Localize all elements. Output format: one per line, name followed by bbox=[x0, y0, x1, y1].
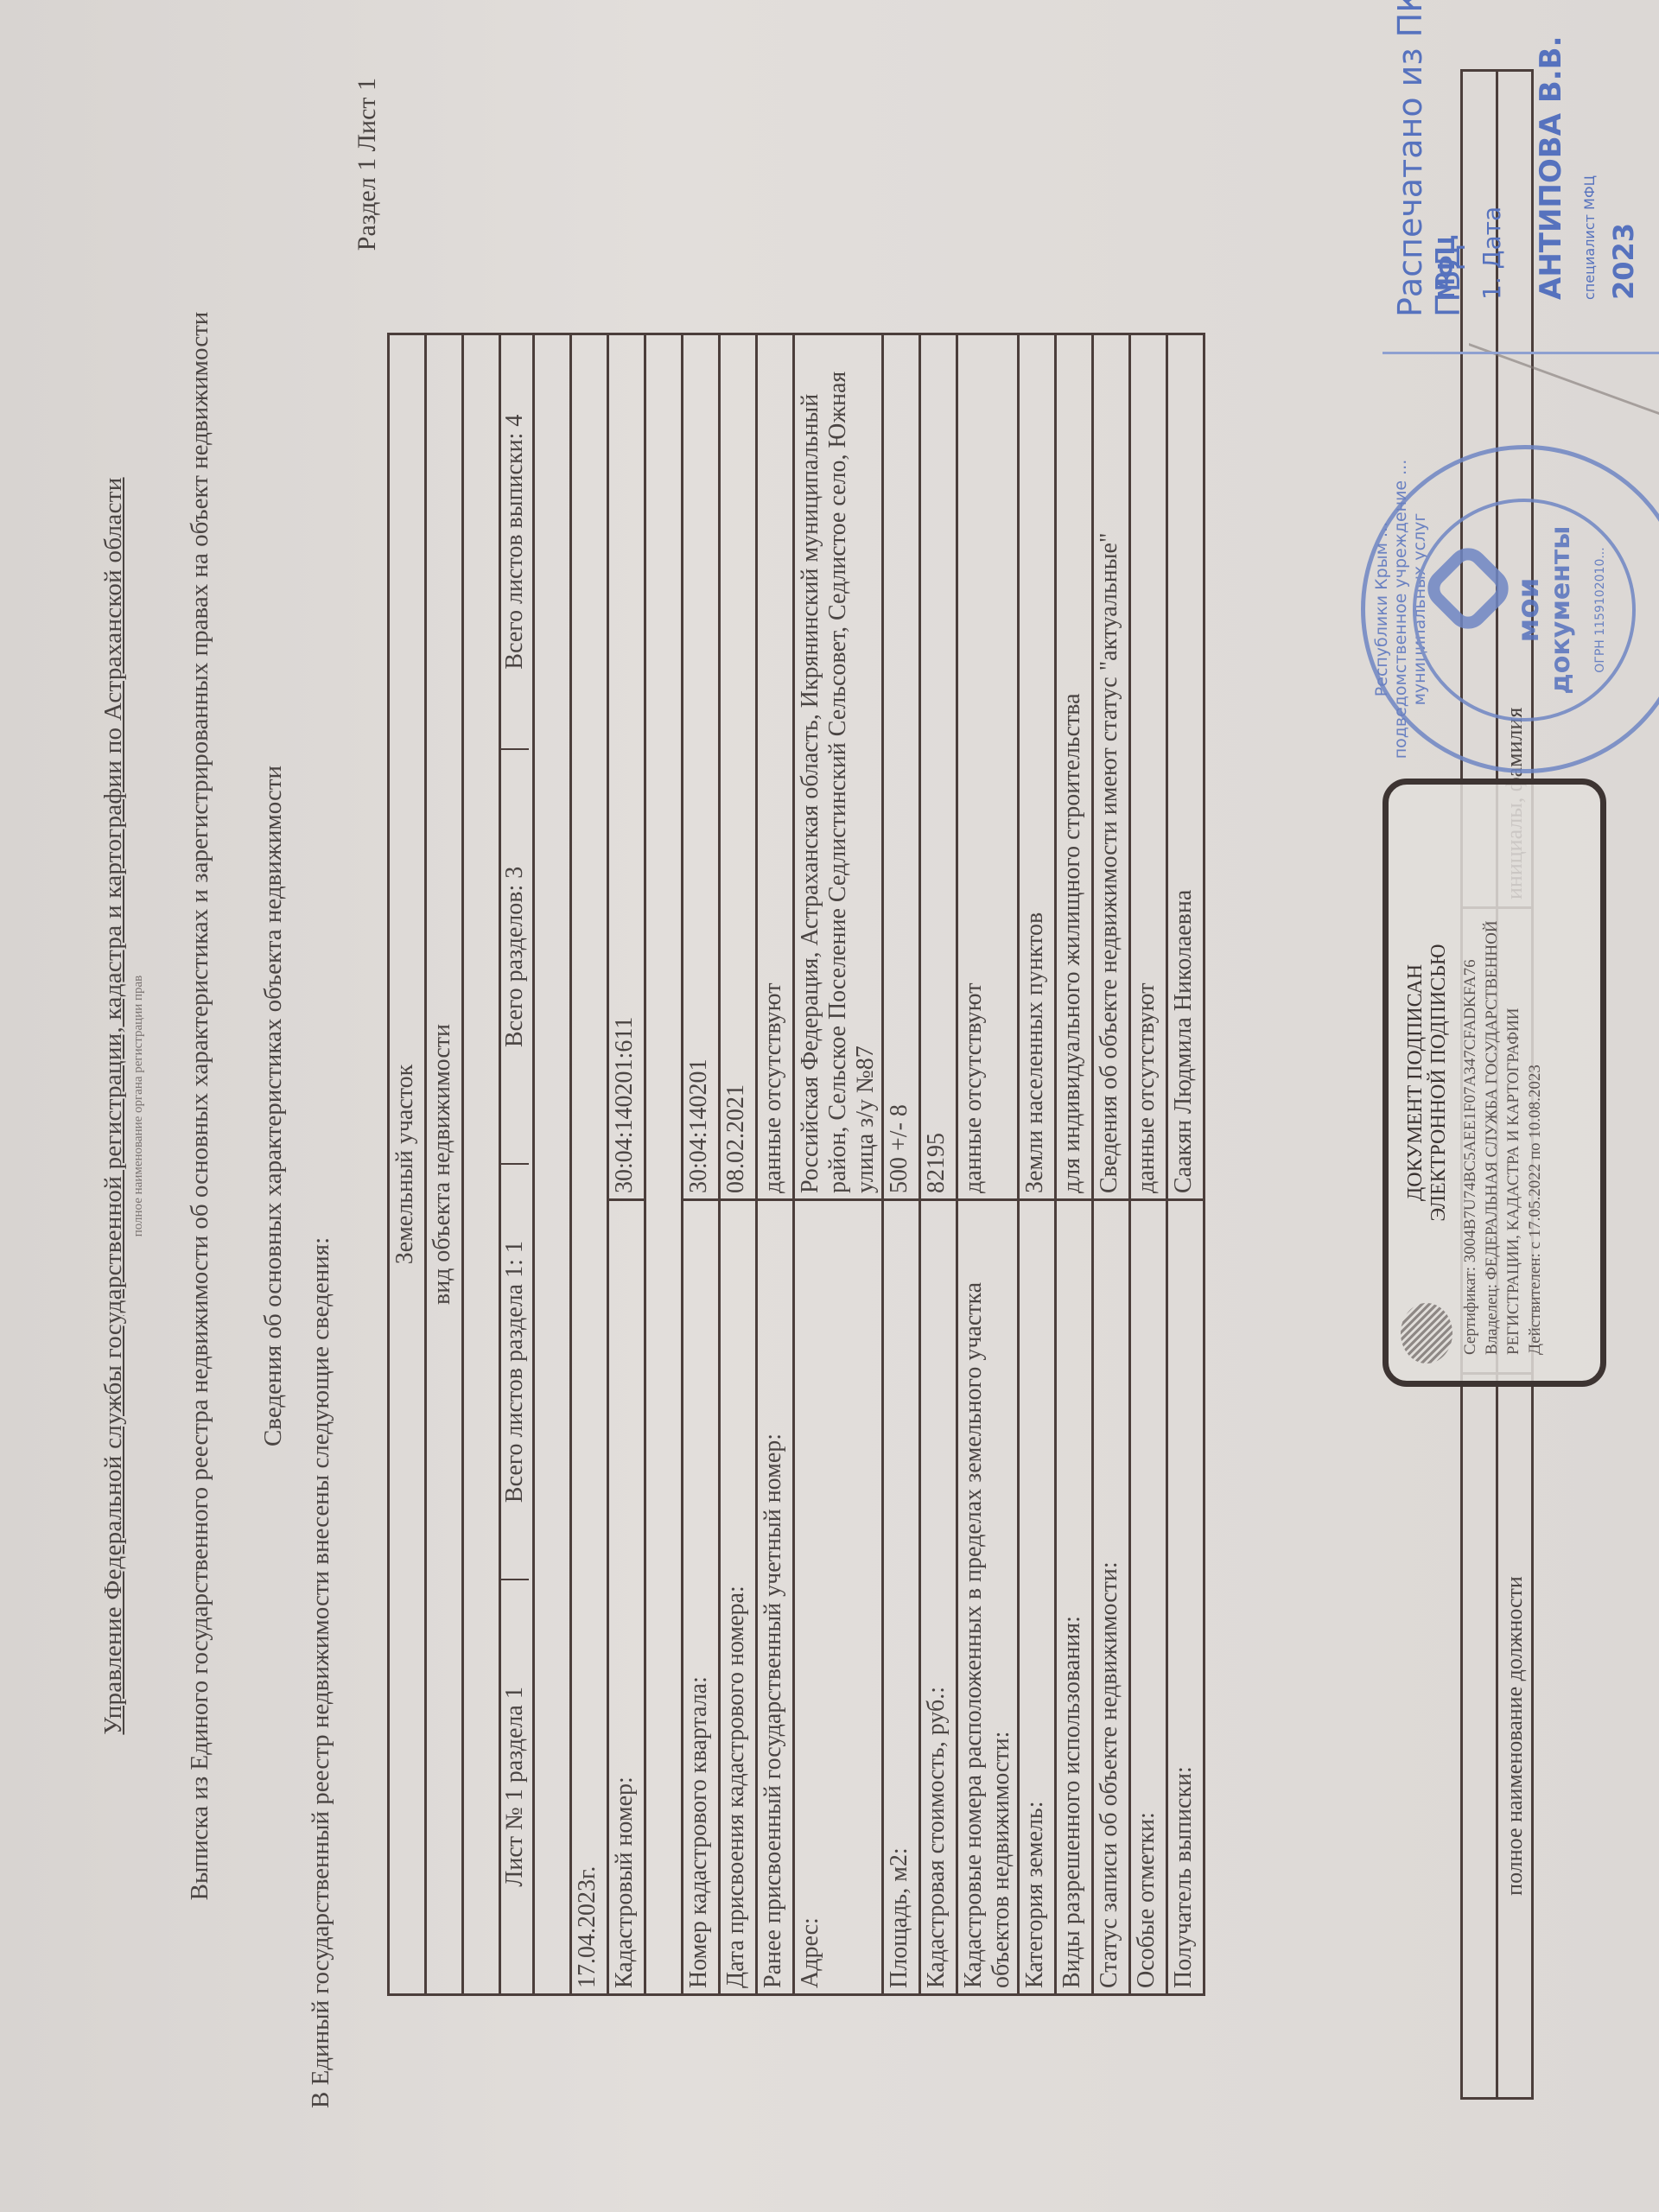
sheets-in-section: Всего листов раздела 1: 1 bbox=[501, 1164, 529, 1579]
field-value: 82195 bbox=[920, 334, 957, 1200]
field-value: 500 +/- 8 bbox=[883, 334, 920, 1200]
field-row: Статус записи об объекте недвижимости:Св… bbox=[1093, 334, 1130, 1995]
object-type-caption: вид объекта недвижимости bbox=[426, 334, 463, 1995]
ecp-stamp-line1: ДОКУМЕНТ ПОДПИСАН bbox=[1404, 785, 1427, 1381]
spacer-row bbox=[534, 334, 571, 1995]
field-value: данные отсутствуют bbox=[957, 334, 1019, 1200]
field-label: Кадастровые номера расположенных в преде… bbox=[957, 1200, 1019, 1995]
field-label: Статус записи об объекте недвижимости: bbox=[1093, 1200, 1130, 1995]
field-label: Виды разрешенного использования: bbox=[1056, 1200, 1093, 1995]
field-row: Категория земель:Земли населенных пункто… bbox=[1019, 334, 1056, 1995]
field-label: Категория земель: bbox=[1019, 1200, 1056, 1995]
organization-name: Управление Федеральной службы государств… bbox=[99, 477, 127, 1734]
cadastral-number-row: Кадастровый номер: 30:04:140201:611 bbox=[608, 334, 645, 1995]
field-value: Сведения об объекте недвижимости имеют с… bbox=[1093, 334, 1130, 1200]
field-row: Получатель выписки:Саакян Людмила Никола… bbox=[1167, 334, 1205, 1995]
field-row: Особые отметки:данные отсутствуют bbox=[1130, 334, 1167, 1995]
spacer-row bbox=[645, 334, 683, 1995]
sheet-info-row: Лист № 1 раздела 1 Всего листов раздела … bbox=[500, 334, 534, 1995]
extract-title: Выписка из Единого государственного реес… bbox=[186, 225, 214, 1987]
sheet-info: Лист № 1 раздела 1 Всего листов раздела … bbox=[501, 335, 529, 1993]
ecp-stamp-line2: ЭЛЕКТРОННОЙ ПОДПИСЬЮ bbox=[1427, 785, 1451, 1381]
ecp-validity: Действителен: с 17.05.2022 по 10.08.2023 bbox=[1524, 785, 1546, 1355]
field-label: Особые отметки: bbox=[1130, 1200, 1167, 1995]
date-row: 17.04.2023г. bbox=[571, 334, 608, 1995]
field-value: 30:04:140201 bbox=[683, 334, 720, 1200]
copy-stamp-name: АНТИПОВА В.В. bbox=[1534, 35, 1568, 300]
field-row: Номер кадастрового квартала:30:04:140201 bbox=[683, 334, 720, 1995]
position-caption: полное наименование должности bbox=[1497, 1374, 1533, 2099]
ecp-certificate-info: Сертификат: 3004B7U74BC5AЕЕ1F07А347CFADK… bbox=[1459, 785, 1546, 1381]
sheet-number: Лист № 1 раздела 1 bbox=[501, 1579, 529, 1993]
cadastral-number-value: 30:04:140201:611 bbox=[608, 334, 645, 1200]
round-stamp-small-text: ОГРН 1159102010... bbox=[1593, 502, 1607, 718]
section-subtitle: Сведения об основных характеристиках объ… bbox=[259, 216, 288, 1996]
coat-of-arms-icon bbox=[1401, 1303, 1452, 1363]
electronic-signature-stamp: ДОКУМЕНТ ПОДПИСАН ЭЛЕКТРОННОЙ ПОДПИСЬЮ С… bbox=[1382, 779, 1606, 1387]
spacer-row bbox=[463, 334, 500, 1995]
organization-caption: полное наименование органа регистрации п… bbox=[131, 320, 146, 1892]
field-value: Саакян Людмила Николаевна bbox=[1167, 334, 1205, 1200]
field-value: данные отсутствуют bbox=[1130, 334, 1167, 1200]
copy-stamp-line2: МФЦ bbox=[1434, 234, 1460, 300]
field-row: Виды разрешенного использования:для инди… bbox=[1056, 334, 1093, 1995]
round-stamp-brand-line1: мои bbox=[1511, 502, 1546, 718]
field-label: Площадь, м2: bbox=[883, 1200, 920, 1995]
organization-title: Управление Федеральной службы государств… bbox=[99, 320, 128, 1892]
field-row: Площадь, м2:500 +/- 8 bbox=[883, 334, 920, 1995]
sections-total: Всего разделов: 3 bbox=[501, 748, 529, 1163]
ecp-owner-line1: Владелец: ФЕДЕРАЛЬНАЯ СЛУЖБА ГОСУДАРСТВЕ… bbox=[1481, 785, 1503, 1355]
object-type-value: Земельный участок bbox=[391, 340, 419, 1988]
round-stamp-brand-line2: документы bbox=[1546, 502, 1576, 718]
ecp-certificate: Сертификат: 3004B7U74BC5AЕЕ1F07А347CFADK… bbox=[1459, 785, 1481, 1355]
copy-stamp-role: специалист МФЦ bbox=[1581, 175, 1598, 300]
field-label: Ранее присвоенный государственный учетны… bbox=[757, 1200, 794, 1995]
cadastral-number-label: Кадастровый номер: bbox=[608, 1200, 645, 1995]
sheets-total: Всего листов выписки: 4 bbox=[501, 335, 529, 748]
field-label: Получатель выписки: bbox=[1167, 1200, 1205, 1995]
field-row: Кадастровые номера расположенных в преде… bbox=[957, 334, 1019, 1995]
field-row: Кадастровая стоимость, руб.:82195 bbox=[920, 334, 957, 1995]
section-label: Раздел 1 Лист 1 bbox=[353, 78, 382, 251]
field-value: для индивидуального жилищного строительс… bbox=[1056, 334, 1093, 1200]
field-value: Российская Федерация, Астраханская облас… bbox=[794, 334, 883, 1200]
document-page: Управление Федеральной службы государств… bbox=[0, 0, 1659, 2212]
field-label: Номер кадастрового квартала: bbox=[683, 1200, 720, 1995]
characteristics-table: Земельный участок вид объекта недвижимос… bbox=[387, 333, 1205, 1996]
copy-stamp-line3: 1. Дата bbox=[1478, 207, 1506, 300]
field-value: Земли населенных пунктов bbox=[1019, 334, 1056, 1200]
mfc-round-stamp: Республики Крым ... подведомственное учр… bbox=[1361, 445, 1659, 773]
sheet-info-cell: Лист № 1 раздела 1 Всего листов раздела … bbox=[500, 334, 534, 1995]
field-value: данные отсутствуют bbox=[757, 334, 794, 1200]
object-type-row: Земельный участок bbox=[389, 334, 426, 1995]
field-row: Адрес:Российская Федерация, Астраханская… bbox=[794, 334, 883, 1995]
moi-dokumenty-logo-icon bbox=[1419, 539, 1516, 637]
printed-copy-stamp: Распечатано из ПК ПВД МФЦ 1. Дата АНТИПО… bbox=[1382, 0, 1659, 354]
object-type-cell: Земельный участок bbox=[389, 334, 426, 1995]
field-row: Ранее присвоенный государственный учетны… bbox=[757, 334, 794, 1995]
ecp-owner-line2: РЕГИСТРАЦИИ, КАДАСТРА И КАРТОГРАФИИ bbox=[1503, 785, 1524, 1355]
field-value: 08.02.2021 bbox=[720, 334, 757, 1200]
position-cell bbox=[1462, 1374, 1497, 2099]
field-label: Кадастровая стоимость, руб.: bbox=[920, 1200, 957, 1995]
round-stamp-inner-ring: мои документы ОГРН 1159102010... bbox=[1413, 499, 1636, 721]
extract-date: 17.04.2023г. bbox=[571, 334, 608, 1995]
copy-stamp-date: 2023 bbox=[1607, 223, 1640, 300]
field-label: Дата присвоения кадастрового номера: bbox=[720, 1200, 757, 1995]
object-type-caption-row: вид объекта недвижимости bbox=[426, 334, 463, 1995]
field-row: Дата присвоения кадастрового номера:08.0… bbox=[720, 334, 757, 1995]
intro-text: В Единый государственный реестр недвижим… bbox=[307, 1237, 335, 2108]
field-label: Адрес: bbox=[794, 1200, 883, 1995]
